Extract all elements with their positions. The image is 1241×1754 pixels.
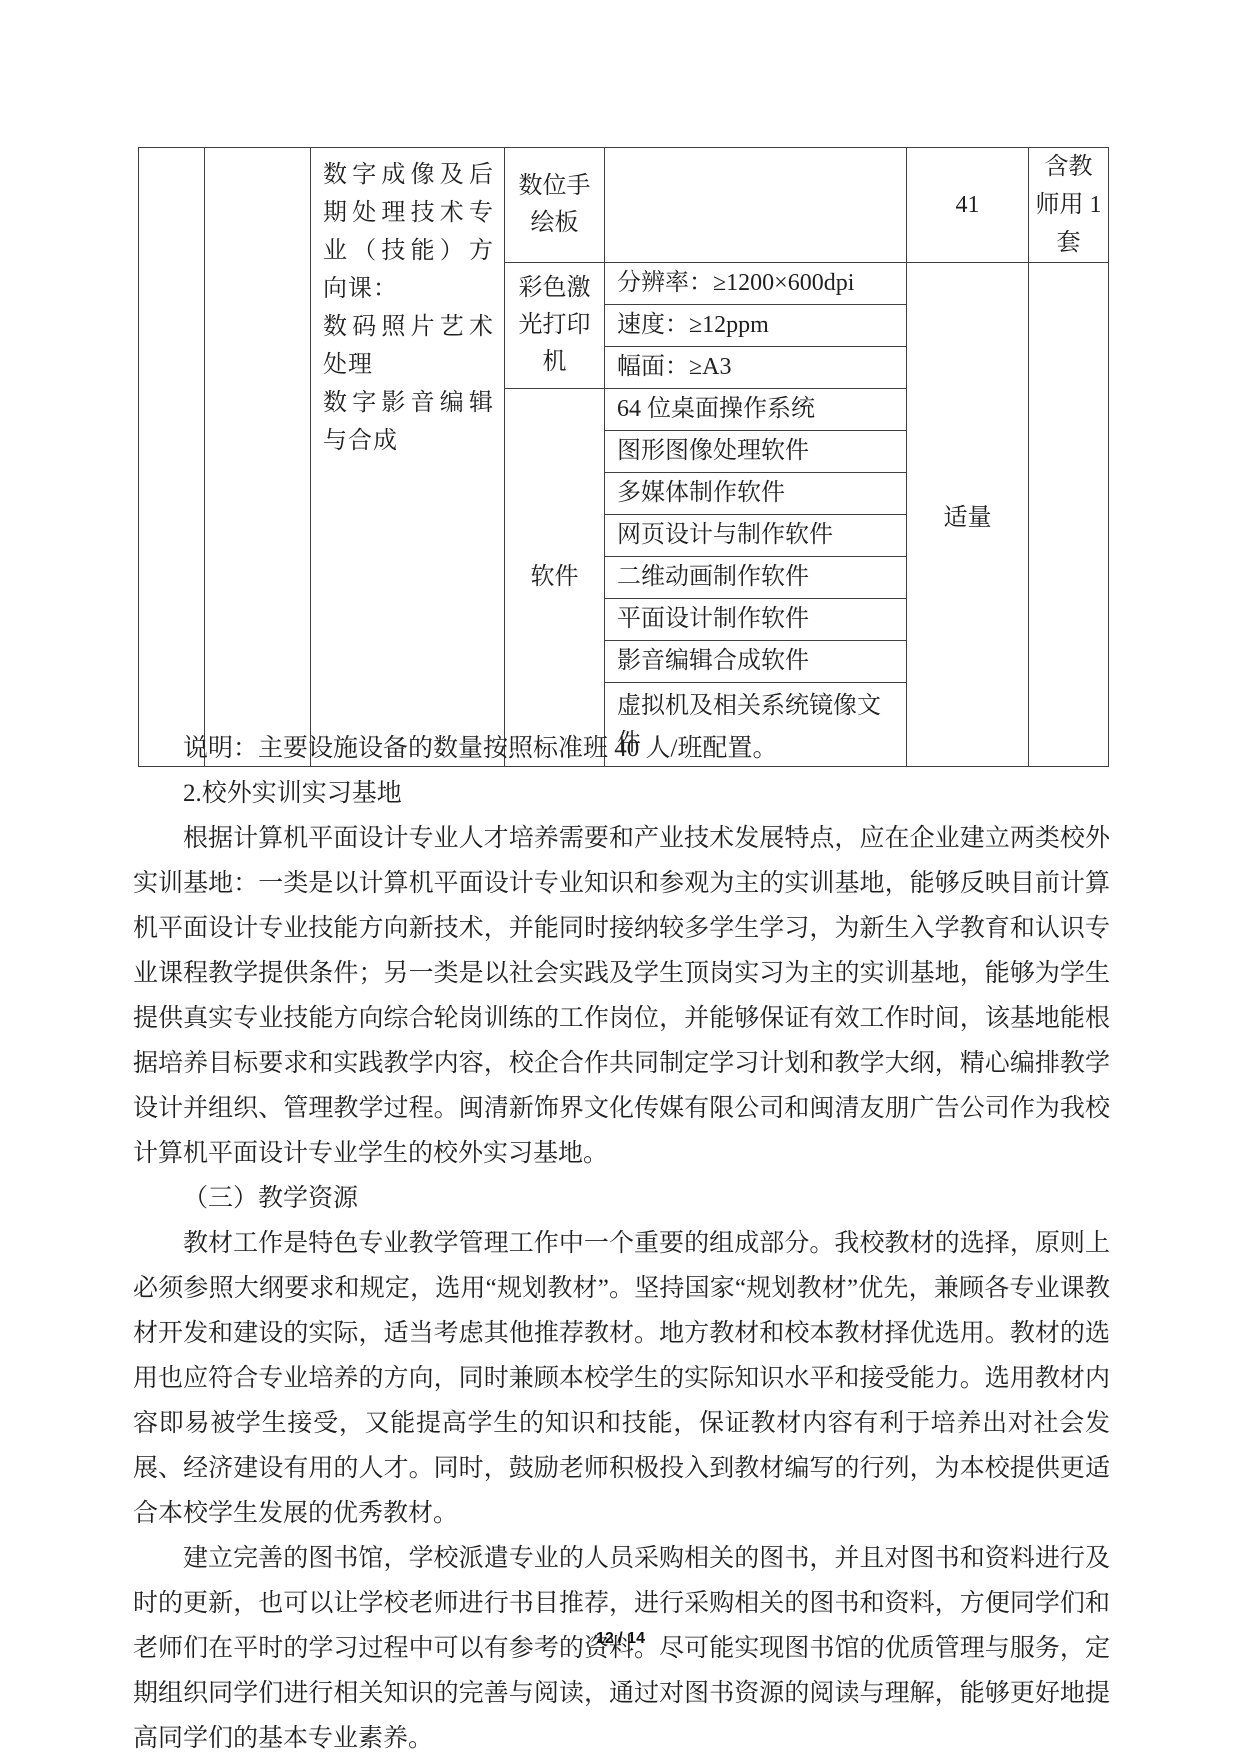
note-line: 说明：主要设施设备的数量按照标准班 40 人/班配置。 <box>133 726 1110 771</box>
table-cell-spec: 平面设计制作软件 <box>605 599 907 641</box>
table-cell-course: 数字成像及后期处理技术专业（技能）方向课： 数码照片艺术处理 数字影音编辑与合成 <box>311 148 505 767</box>
table-row: 数字成像及后期处理技术专业（技能）方向课： 数码照片艺术处理 数字影音编辑与合成… <box>139 148 1109 263</box>
table-cell-quantity: 41 <box>907 148 1029 263</box>
section-heading-off-campus-bases: 2.校外实训实习基地 <box>133 771 1110 816</box>
table-cell-spec: 幅面：≥A3 <box>605 347 907 389</box>
table-cell-room-empty <box>205 148 311 767</box>
table-cell-spec <box>605 148 907 263</box>
paragraph-teaching-materials: 教材工作是特色专业教学管理工作中一个重要的组成部分。我校教材的选择，原则上必须参… <box>133 1221 1110 1536</box>
table-cell-spec: 影音编辑合成软件 <box>605 641 907 683</box>
table-cell-spec: 64 位桌面操作系统 <box>605 389 907 431</box>
document-page: 数字成像及后期处理技术专业（技能）方向课： 数码照片艺术处理 数字影音编辑与合成… <box>0 0 1241 1754</box>
page-number: 12 / 14 <box>0 1630 1241 1648</box>
table-cell-spec: 速度：≥12ppm <box>605 305 907 347</box>
table-cell-spec: 图形图像处理软件 <box>605 431 907 473</box>
table-cell-device: 彩色激光打印机 <box>505 263 605 389</box>
table-cell-device: 软件 <box>505 389 605 767</box>
table-cell-spec: 分辨率：≥1200×600dpi <box>605 263 907 305</box>
course-line: 数码照片艺术处理 <box>323 308 494 384</box>
paragraph-off-campus-bases: 根据计算机平面设计专业人才培养需要和产业技术发展特点，应在企业建立两类校外实训基… <box>133 816 1110 1176</box>
table-cell-quantity: 适量 <box>907 263 1029 767</box>
table-cell-device: 数位手绘板 <box>505 148 605 263</box>
table-cell-remark-empty <box>1029 263 1109 767</box>
table-cell-spec: 多媒体制作软件 <box>605 473 907 515</box>
body-text: 说明：主要设施设备的数量按照标准班 40 人/班配置。 2.校外实训实习基地 根… <box>133 726 1110 1754</box>
section-heading-teaching-resources: （三）教学资源 <box>133 1176 1110 1221</box>
table-cell-spec: 二维动画制作软件 <box>605 557 907 599</box>
equipment-table: 数字成像及后期处理技术专业（技能）方向课： 数码照片艺术处理 数字影音编辑与合成… <box>138 147 1109 767</box>
course-line: 数字影音编辑与合成 <box>323 384 494 460</box>
table-cell-spec: 网页设计与制作软件 <box>605 515 907 557</box>
table-cell-index-empty <box>139 148 205 767</box>
course-line: 数字成像及后期处理技术专业（技能）方向课： <box>323 156 494 308</box>
table-cell-remark: 含教师用 1 套 <box>1029 148 1109 263</box>
